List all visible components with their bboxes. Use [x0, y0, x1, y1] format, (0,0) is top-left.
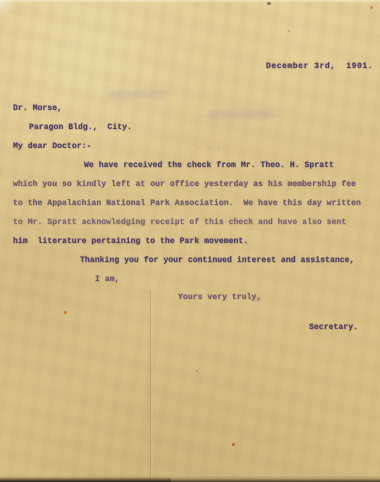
- valediction: Yours very truly,: [178, 293, 261, 303]
- ink-bleedthrough-smudge: [208, 110, 274, 119]
- recipient-name: Dr. Morse,: [13, 104, 62, 114]
- signature-title: Secretary.: [309, 323, 358, 333]
- paper-top-edge: [0, 0, 380, 3]
- closing-i-am: I am,: [95, 275, 120, 285]
- body-line: to the Appalachian National Park Associa…: [13, 199, 361, 209]
- recipient-address: Paragon Bldg., City.: [29, 123, 132, 133]
- body-line: We have received the check from Mr. Theo…: [84, 161, 334, 171]
- body-line: which you so kindly left at our office y…: [13, 180, 356, 190]
- paper-corner-highlight: [0, 0, 14, 16]
- ink-bleedthrough-dots: ...: [196, 144, 227, 152]
- paper-speck: [370, 6, 373, 9]
- scanned-letter-page: ... December 3rd, 1901. Dr. Morse, Parag…: [0, 0, 380, 482]
- body-line: to Mr. Spratt acknowledging receipt of t…: [13, 218, 346, 228]
- paper-crease: [150, 290, 151, 478]
- salutation: My dear Doctor:-: [13, 142, 91, 152]
- paper-speck: [196, 370, 198, 372]
- letter-date: December 3rd, 1901.: [266, 62, 373, 72]
- paper-speck: [267, 2, 271, 5]
- paper-bottom-edge-shadow: [0, 475, 380, 482]
- paper-speck: [232, 443, 235, 446]
- ink-bleedthrough-smudge: [108, 90, 166, 99]
- closing-thanks: Thanking you for your continued interest…: [80, 256, 354, 266]
- paper-speck: [288, 30, 290, 32]
- body-line: him literature pertaining to the Park mo…: [13, 237, 248, 247]
- paper-speck: [64, 311, 67, 314]
